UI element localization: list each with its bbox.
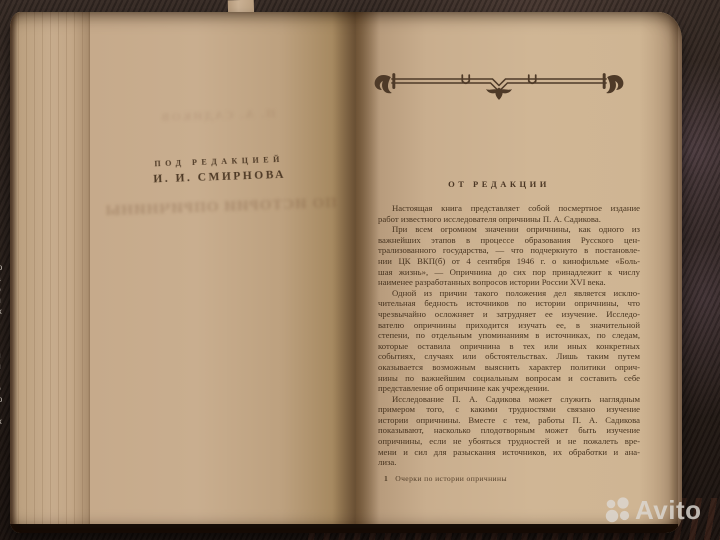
avito-wordmark: Avito: [635, 495, 702, 526]
header-ornament-icon: [370, 68, 628, 104]
show-through-author: П. А. САДИКОВ: [84, 103, 350, 127]
editor-name: И. И. СМИРНОВА: [87, 166, 353, 187]
section-heading: ОТ РЕДАКЦИИ: [368, 179, 630, 189]
text-line: трализованного государства, — что подчер…: [378, 245, 640, 256]
text-line: показывают, насколько плодотворным может…: [378, 425, 640, 436]
text-line: которые оставила опричнина в тех или ины…: [378, 341, 640, 352]
text-line: Настоящая книга представляет собой посме…: [378, 203, 640, 214]
left-page-fore-edges: [10, 12, 90, 524]
text-line: Одной из причин такого положения дел явл…: [378, 288, 640, 299]
right-page-content: ОТ РЕДАКЦИИ Настоящая книга представляет…: [356, 12, 678, 533]
text-line: чительная бедность источников по истории…: [378, 298, 640, 309]
text-line: вателю опричнины приходится изучать ее, …: [378, 320, 640, 331]
avito-watermark: Avito: [603, 495, 702, 526]
body-text: Настоящая книга представляет собой посме…: [378, 203, 640, 468]
show-through-title: ПО ИСТОРИИ ОПРИЧНИНЫ: [88, 194, 354, 220]
text-line: важнейших этапов в процессе образования …: [378, 235, 640, 246]
text-line: оказывается возможным выяснить характер …: [378, 362, 640, 373]
text-line: представление об опричнине как учреждени…: [378, 383, 640, 394]
text-line: чрезвычайно осложняет и затрудняет ее из…: [378, 309, 640, 320]
text-line: нии ЦК ВКП(б) от 4 сентября 1946 г. о ки…: [378, 256, 640, 267]
text-line: примером того, с какими трудностями связ…: [378, 404, 640, 415]
text-line: При всем огромном значении опричнины, ка…: [378, 224, 640, 235]
text-line: наименее разработанных вопросов истории …: [378, 277, 640, 288]
text-line: шая жизнь», — Опричнина до сих пор прина…: [378, 267, 640, 278]
text-line: работ известного исследователя опричнины…: [378, 214, 640, 225]
text-line: событиях, случаях или обстоятельствах. Л…: [378, 351, 640, 362]
text-line: нины по важнейшим социальным вопросам и …: [378, 373, 640, 384]
open-book: П. А. САДИКОВ ПОД РЕДАКЦИЕЙ И. И. СМИРНО…: [10, 12, 682, 533]
text-line: истории опричнины. Вместе с тем, работы …: [378, 415, 640, 426]
signature-number: 1: [384, 474, 388, 483]
text-line: лиза.: [378, 457, 640, 468]
text-line: степени, по отдельным упоминаниям в исто…: [378, 330, 640, 341]
text-line: Исследование П. А. Садикова может служит…: [378, 394, 640, 405]
signature-title: Очерки по истории опричнины: [395, 474, 507, 483]
text-line: опричнины, если не убояться трудностей и…: [378, 436, 640, 447]
signature-footnote: 1Очерки по истории опричнины: [384, 474, 507, 483]
avito-logo-icon: [603, 497, 633, 524]
edge-fragments: юаоижхниьоюсж: [0, 262, 7, 427]
text-line: мени и сил для разыскания источников, их…: [378, 447, 640, 458]
left-page-content: П. А. САДИКОВ ПОД РЕДАКЦИЕЙ И. И. СМИРНО…: [81, 12, 365, 533]
